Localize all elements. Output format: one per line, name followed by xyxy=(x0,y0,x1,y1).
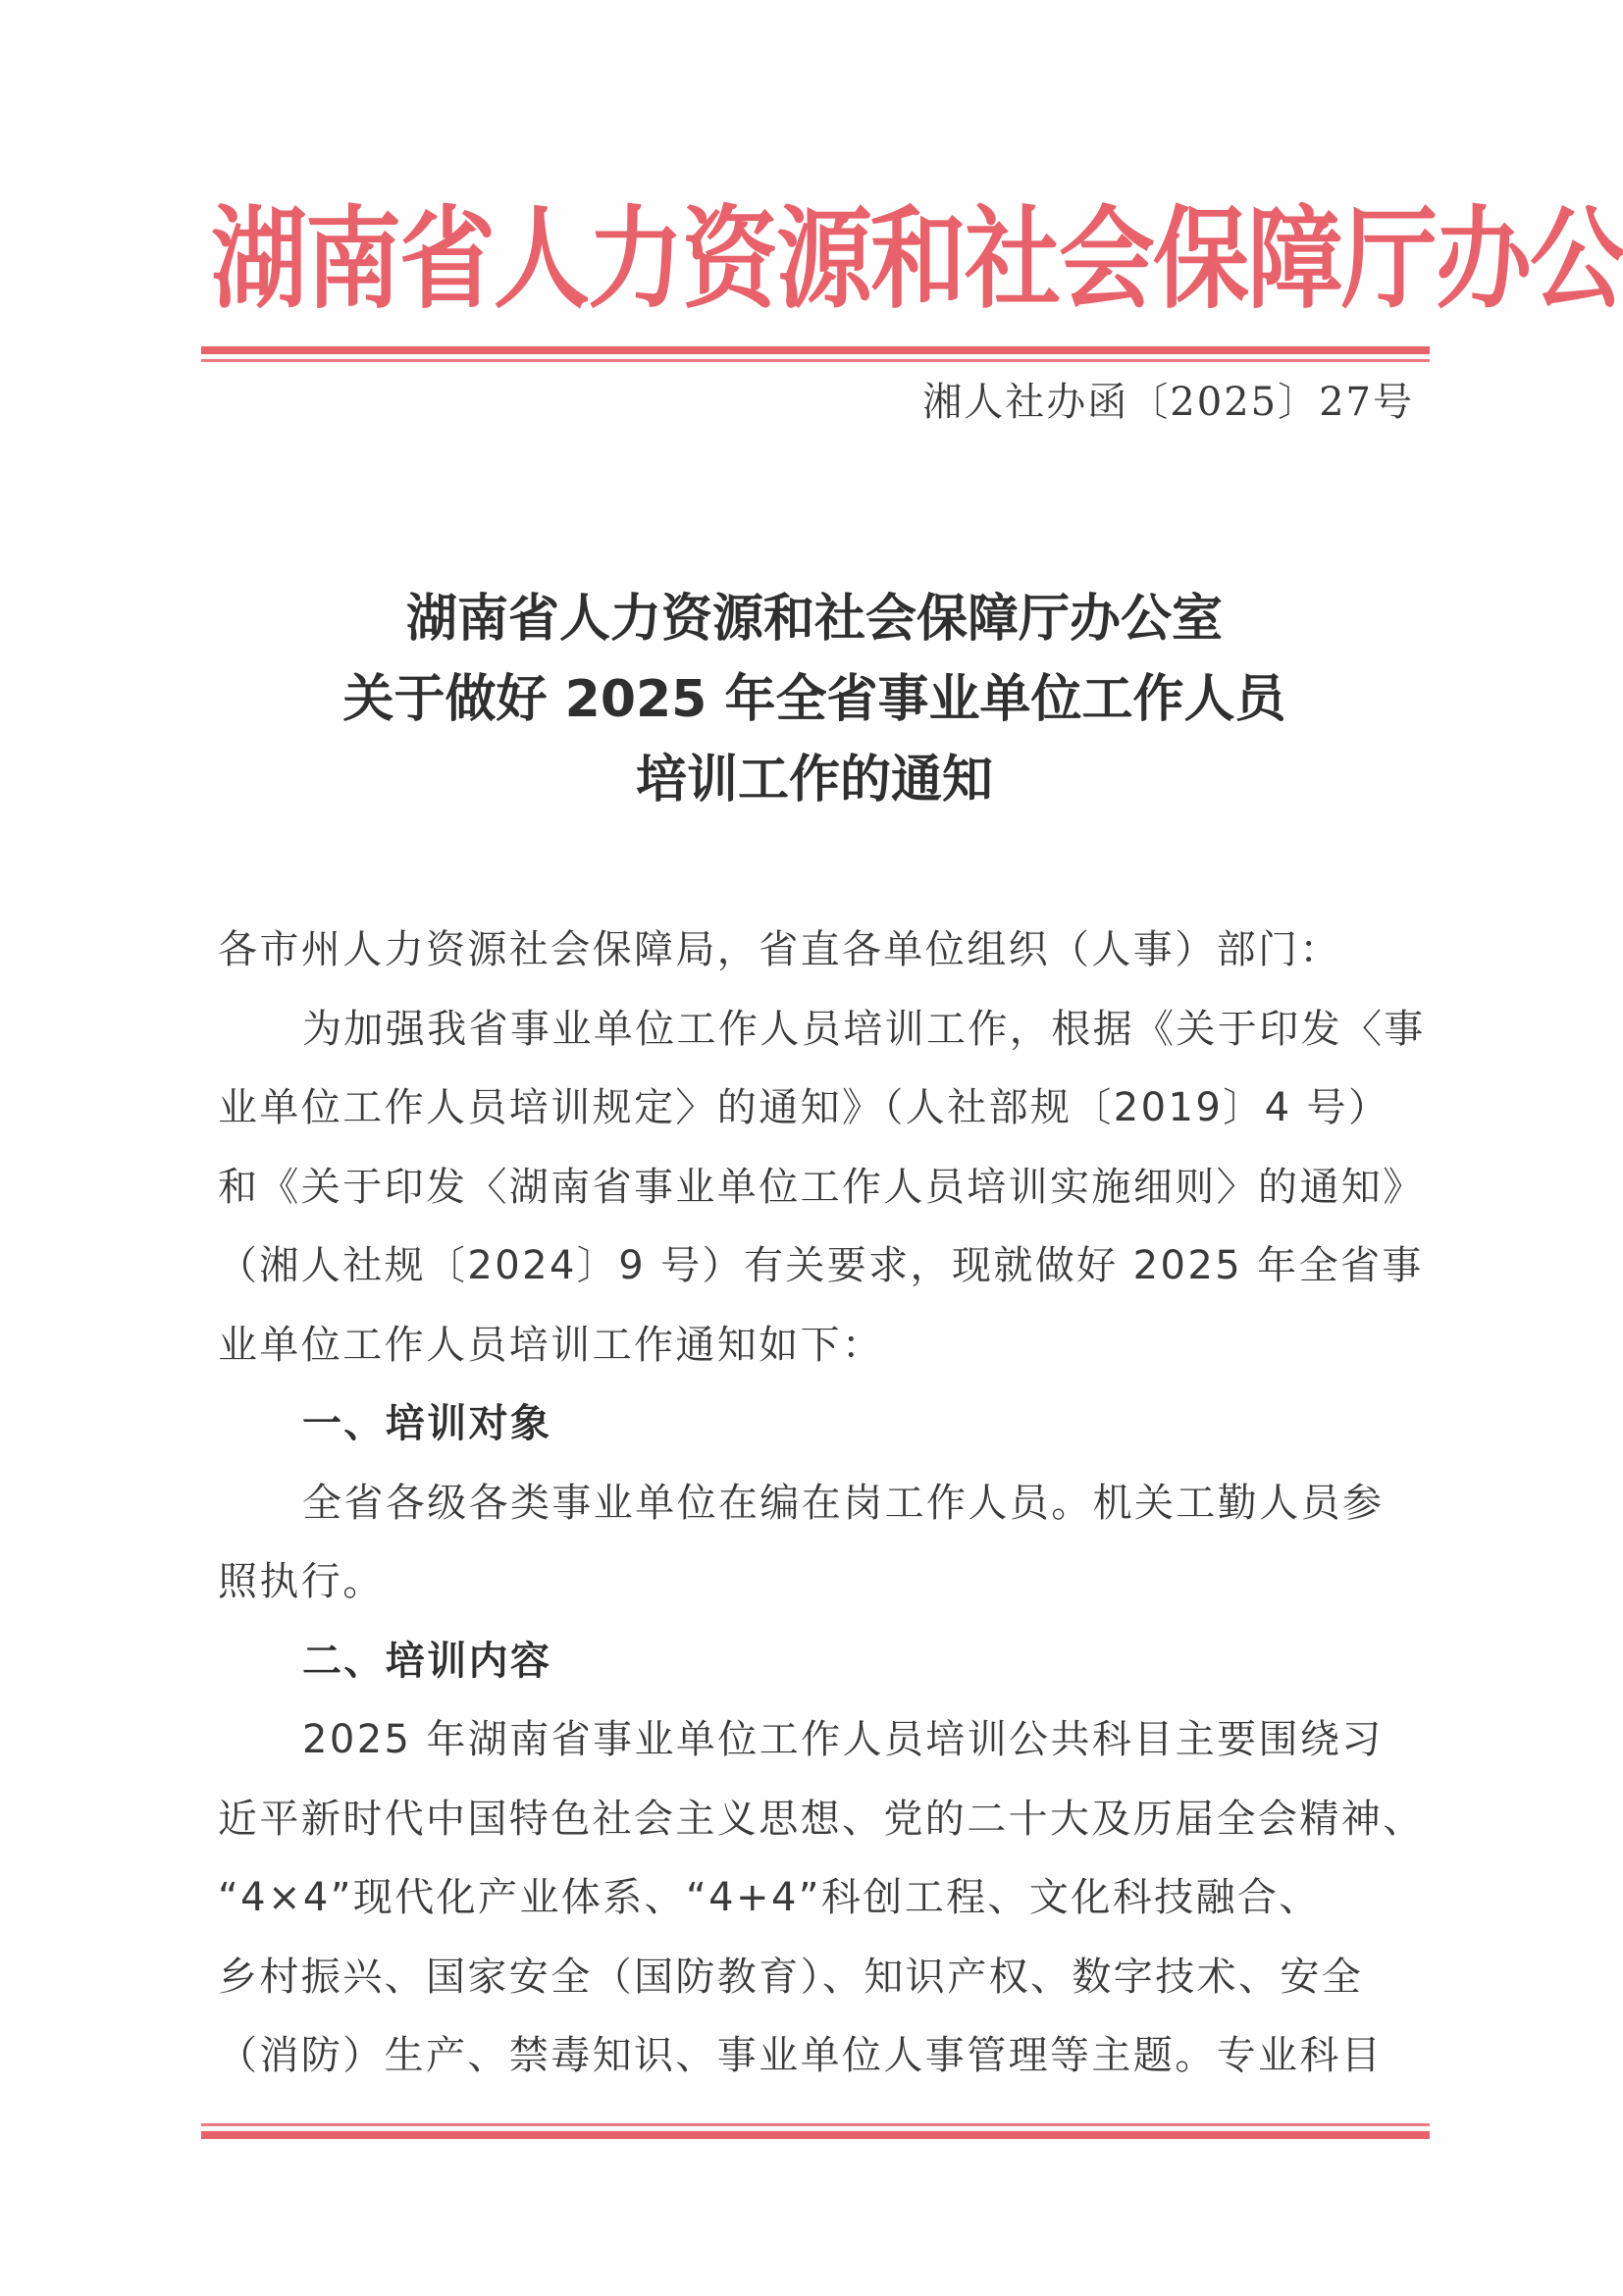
document-body: 各市州人力资源社会保障局，省直各单位组织（人事）部门： 为加强我省事业单位工作人… xyxy=(218,911,1417,2096)
footer-rule-thin xyxy=(201,2123,1430,2126)
document-title-line: 湖南省人力资源和社会保障厅办公室 xyxy=(196,579,1433,659)
letterhead-top-rule-thick xyxy=(201,346,1430,354)
footer-rule-thick xyxy=(201,2131,1430,2139)
body-line: 为加强我省事业单位工作人员培训工作，根据《关于印发〈事 xyxy=(218,990,1417,1070)
letterhead-top-rule-thin xyxy=(201,359,1430,362)
body-line: （消防）生产、禁毒知识、事业单位人事管理等主题。专业科目 xyxy=(218,2016,1417,2096)
document-title: 湖南省人力资源和社会保障厅办公室 关于做好 2025 年全省事业单位工作人员 培… xyxy=(196,579,1433,820)
document-title-line: 培训工作的通知 xyxy=(196,740,1433,820)
body-line: （湘人社规〔2024〕9 号）有关要求，现就做好 2025 年全省事 xyxy=(218,1226,1417,1306)
body-line: “4×4”现代化产业体系、“4+4”科创工程、文化科技融合、 xyxy=(218,1858,1417,1938)
section-heading-training-content: 二、培训内容 xyxy=(218,1622,1417,1701)
body-line: 和《关于印发〈湖南省事业单位工作人员培训实施细则〉的通知》 xyxy=(218,1148,1417,1227)
letterhead-org-name: 湖南省人力资源和社会保障厅办公室 xyxy=(211,186,1418,334)
document-number: 湘人社办函〔2025〕27号 xyxy=(922,378,1414,427)
body-line-salutation: 各市州人力资源社会保障局，省直各单位组织（人事）部门： xyxy=(218,911,1417,990)
section-heading-training-targets: 一、培训对象 xyxy=(218,1384,1417,1464)
body-line: 全省各级各类事业单位在编在岗工作人员。机关工勤人员参 xyxy=(218,1464,1417,1543)
body-line: 业单位工作人员培训工作通知如下： xyxy=(218,1306,1417,1385)
body-line: 乡村振兴、国家安全（国防教育）、知识产权、数字技术、安全 xyxy=(218,1938,1417,2017)
body-line: 2025 年湖南省事业单位工作人员培训公共科目主要围绕习 xyxy=(218,1700,1417,1780)
body-line: 照执行。 xyxy=(218,1542,1417,1622)
body-line: 近平新时代中国特色社会主义思想、党的二十大及历届全会精神、 xyxy=(218,1780,1417,1859)
body-line: 业单位工作人员培训规定〉的通知》（人社部规〔2019〕4 号） xyxy=(218,1069,1417,1148)
document-title-line: 关于做好 2025 年全省事业单位工作人员 xyxy=(196,659,1433,740)
